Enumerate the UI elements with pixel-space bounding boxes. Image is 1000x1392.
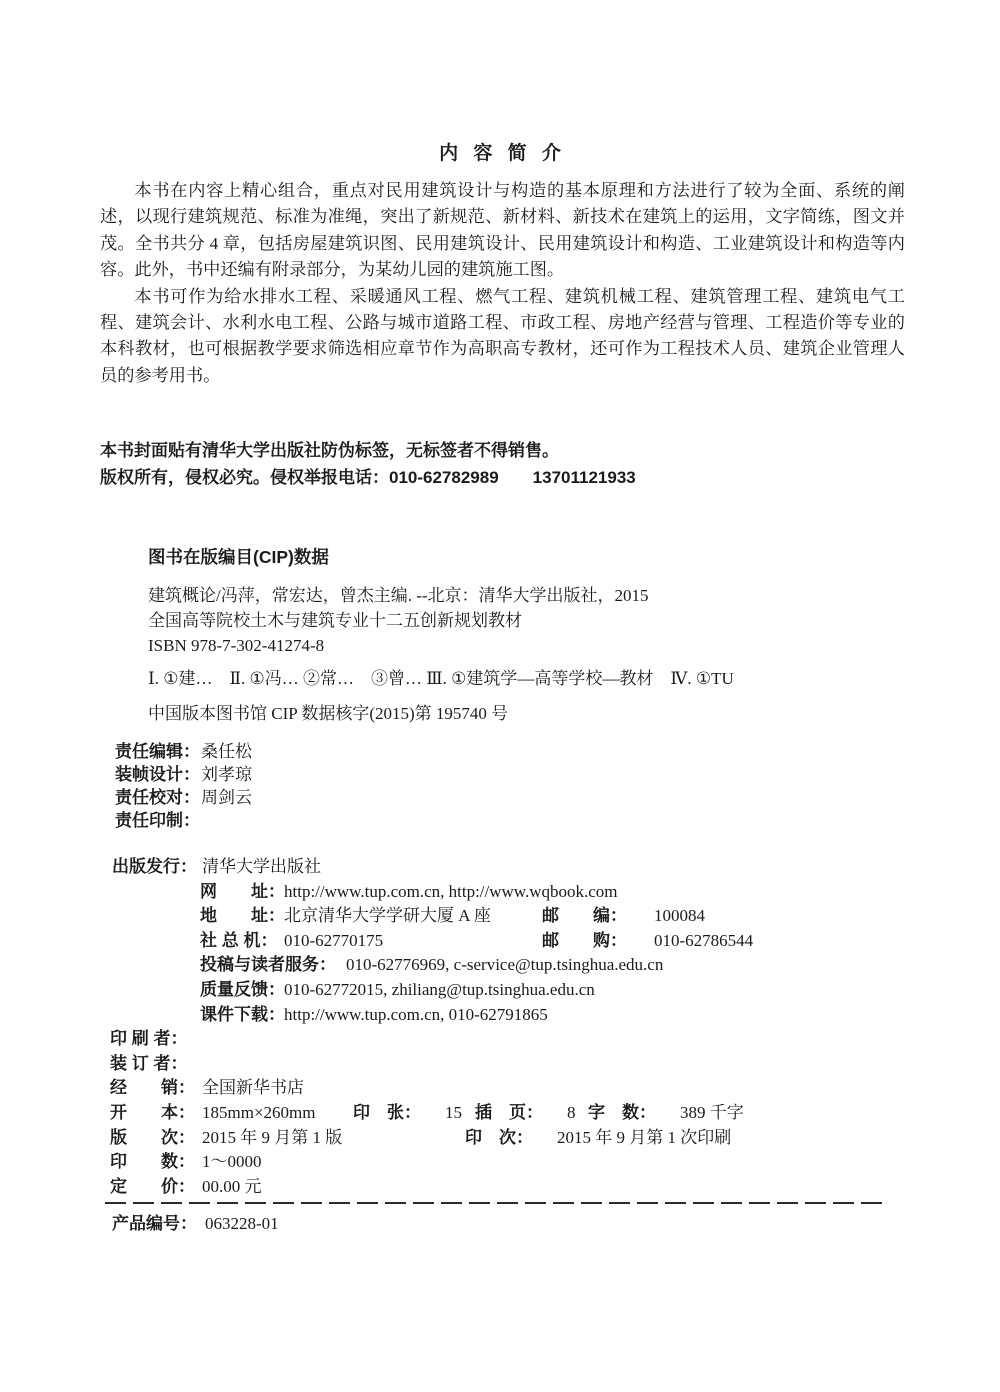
content-summary-title: 内 容 简 介 (100, 138, 905, 165)
editor-name: 桑任松 (201, 742, 252, 761)
distributor-label: 经 销： (110, 1076, 202, 1101)
editor-label: 责任编辑： (115, 740, 201, 763)
sheets-value: 15 (445, 1103, 462, 1122)
format-label: 开 本： (110, 1101, 202, 1126)
courseware-label: 课件下载： (200, 1003, 284, 1028)
staff-credits: 责任编辑：桑任松 装帧设计：刘孝琼 责任校对：周剑云 责任印制： (100, 740, 920, 832)
mail-order-value: 010-62786544 (654, 931, 753, 950)
book-copyright-page: 内 容 简 介 本书在内容上精心组合，重点对民用建筑设计与构造的基本原理和方法进… (0, 0, 1000, 1392)
proofreader-name: 周剑云 (201, 788, 252, 807)
courseware-value: http://www.tup.com.cn, 010-62791865 (284, 1005, 548, 1024)
quality-feedback-value: 010-62772015, zhiliang@tup.tsinghua.edu.… (284, 980, 595, 999)
proofreader-label: 责任校对： (115, 786, 201, 809)
publisher-label: 出版发行： (112, 855, 202, 880)
cip-isbn: ISBN 978-7-302-41274-8 (148, 633, 953, 658)
switchboard-value: 010-62770175 (284, 931, 383, 950)
zip-label: 邮 编： (542, 904, 654, 929)
inserts-pair: 插 页：8 (475, 1101, 576, 1126)
sheets-pair: 印 张：15 (353, 1101, 462, 1126)
publication-details: 出版发行：清华大学出版社 网 址：http://www.tup.com.cn, … (100, 855, 905, 1199)
cip-data-block: 图书在版编目(CIP)数据 建筑概论/冯萍，常宏达，曾杰主编. --北京：清华大… (100, 545, 953, 726)
price-value: 00.00 元 (202, 1177, 262, 1196)
summary-paragraph-1: 本书在内容上精心组合，重点对民用建筑设计与构造的基本原理和方法进行了较为全面、系… (100, 178, 905, 284)
price-label: 定 价： (110, 1175, 202, 1200)
credit-row-designer: 装帧设计：刘孝琼 (115, 763, 920, 786)
switchboard-label: 社 总 机： (200, 929, 284, 954)
impression-pair: 印 次：2015 年 9 月第 1 次印刷 (465, 1126, 731, 1151)
zip-value: 100084 (654, 906, 705, 925)
content-summary-section: 本书在内容上精心组合，重点对民用建筑设计与构造的基本原理和方法进行了较为全面、系… (100, 178, 905, 389)
product-number-label: 产品编号： (112, 1214, 197, 1233)
print-supervisor-label: 责任印制： (115, 809, 201, 832)
row-reader-service: 投稿与读者服务：010-62776969, c-service@tup.tsin… (100, 953, 905, 978)
row-print-run: 印 数：1～0000 (100, 1150, 905, 1175)
address-value: 北京清华大学学研大厦 A 座 (284, 906, 491, 925)
notice-line-2: 版权所有，侵权必究。侵权举报电话：010-62782989 1370112193… (100, 464, 905, 491)
product-number-row: 产品编号：063228-01 (100, 1212, 917, 1236)
cip-heading: 图书在版编目(CIP)数据 (148, 545, 953, 570)
edition-label: 版 次： (110, 1126, 202, 1151)
print-run-value: 1～0000 (202, 1152, 262, 1171)
row-switchboard: 社 总 机：010-62770175 邮 购：010-62786544 (100, 929, 905, 954)
zip-pair: 邮 编：100084 (542, 904, 705, 929)
row-address: 地 址：北京清华大学学研大厦 A 座 邮 编：100084 (100, 904, 905, 929)
credit-row-proofreader: 责任校对：周剑云 (115, 786, 920, 809)
row-publisher: 出版发行：清华大学出版社 (100, 855, 905, 880)
credit-row-editor: 责任编辑：桑任松 (115, 740, 920, 763)
impression-label: 印 次： (465, 1126, 557, 1151)
word-count-value: 389 千字 (680, 1103, 744, 1122)
cip-record-number: 中国版本图书馆 CIP 数据核字(2015)第 195740 号 (148, 701, 953, 726)
inserts-value: 8 (567, 1103, 576, 1122)
product-number-value: 063228-01 (205, 1214, 279, 1233)
word-count-label: 字 数： (588, 1101, 680, 1126)
row-quality-feedback: 质量反馈：010-62772015, zhiliang@tup.tsinghua… (100, 978, 905, 1003)
format-value: 185mm×260mm (202, 1103, 315, 1122)
mail-order-pair: 邮 购：010-62786544 (542, 929, 753, 954)
row-website: 网 址：http://www.tup.com.cn, http://www.wq… (100, 880, 905, 905)
summary-paragraph-2: 本书可作为给水排水工程、采暖通风工程、燃气工程、建筑机械工程、建筑管理工程、建筑… (100, 284, 905, 390)
notice-line-1: 本书封面贴有清华大学出版社防伪标签，无标签者不得销售。 (100, 437, 905, 464)
cip-classification: Ⅰ. ①建… Ⅱ. ①冯… ②常… ③曾… Ⅲ. ①建筑学—高等学校—教材 Ⅳ.… (148, 666, 953, 691)
anti-piracy-notice: 本书封面贴有清华大学出版社防伪标签，无标签者不得销售。 版权所有，侵权必究。侵权… (100, 437, 905, 491)
row-edition: 版 次：2015 年 9 月第 1 版 印 次：2015 年 9 月第 1 次印… (100, 1126, 905, 1151)
edition-value: 2015 年 9 月第 1 版 (202, 1128, 342, 1147)
printer-label: 印 刷 者： (110, 1027, 202, 1052)
impression-value: 2015 年 9 月第 1 次印刷 (557, 1128, 731, 1147)
row-format: 开 本：185mm×260mm 印 张：15 插 页：8 字 数：389 千字 (100, 1101, 905, 1126)
sheets-label: 印 张： (353, 1101, 445, 1126)
print-run-label: 印 数： (110, 1150, 202, 1175)
dashed-divider (105, 1202, 883, 1204)
reader-service-value: 010-62776969, c-service@tup.tsinghua.edu… (346, 955, 663, 974)
reader-service-label: 投稿与读者服务： (200, 953, 336, 978)
mail-order-label: 邮 购： (542, 929, 654, 954)
distributor-value: 全国新华书店 (202, 1078, 304, 1097)
designer-label: 装帧设计： (115, 763, 201, 786)
row-binder: 装 订 者： (100, 1052, 905, 1077)
inserts-label: 插 页： (475, 1101, 567, 1126)
row-distributor: 经 销：全国新华书店 (100, 1076, 905, 1101)
website-label: 网 址： (200, 880, 284, 905)
row-courseware: 课件下载：http://www.tup.com.cn, 010-62791865 (100, 1003, 905, 1028)
website-value: http://www.tup.com.cn, http://www.wqbook… (284, 882, 618, 901)
row-printer: 印 刷 者： (100, 1027, 905, 1052)
word-count-pair: 字 数：389 千字 (588, 1101, 744, 1126)
row-price: 定 价：00.00 元 (100, 1175, 905, 1200)
credit-row-print-supervisor: 责任印制： (115, 809, 920, 832)
binder-label: 装 订 者： (110, 1052, 202, 1077)
address-label: 地 址： (200, 904, 284, 929)
publisher-name: 清华大学出版社 (202, 857, 321, 876)
quality-feedback-label: 质量反馈： (200, 978, 284, 1003)
cip-series-line: 全国高等院校土木与建筑专业十二五创新规划教材 (148, 608, 953, 633)
designer-name: 刘孝琼 (201, 765, 252, 784)
cip-record-line: 建筑概论/冯萍，常宏达，曾杰主编. --北京：清华大学出版社，2015 (148, 583, 953, 608)
